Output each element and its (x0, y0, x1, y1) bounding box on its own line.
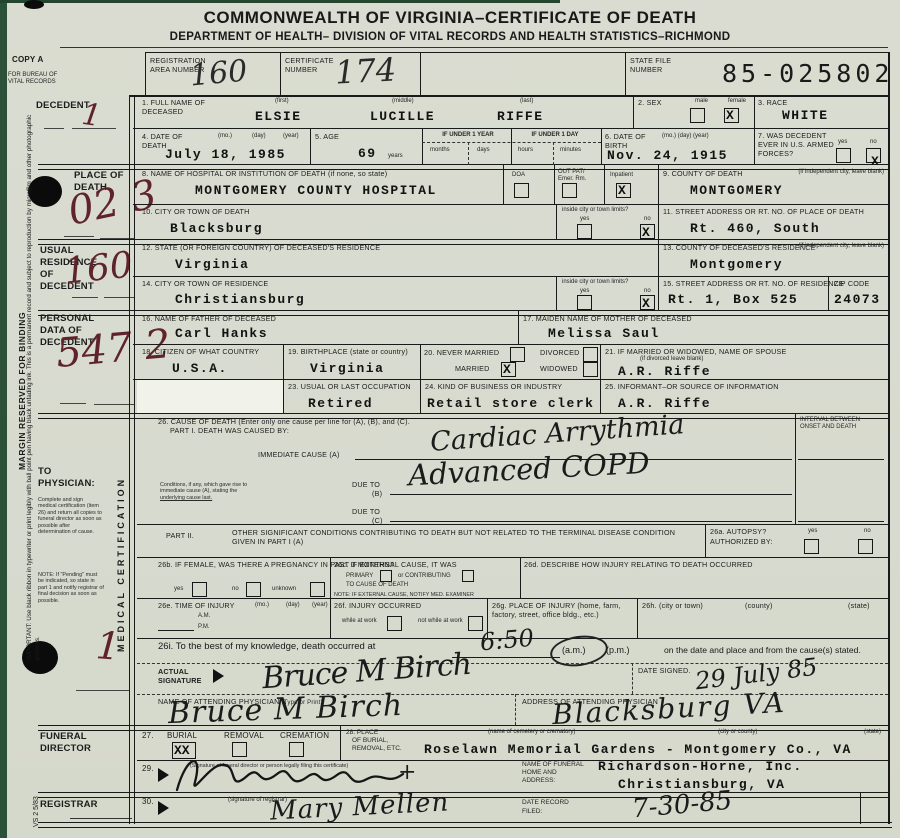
part2-text: OTHER SIGNIFICANT CONDITIONS CONTRIBUTIN… (232, 528, 697, 546)
immediate-cause-label: IMMEDIATE CAUSE (A) (258, 450, 340, 459)
field10-value: Blacksburg (170, 221, 263, 236)
grid-line (420, 52, 421, 95)
field26c-note: NOTE: IF EXTERNAL CAUSE, NOTIFY MED. EXA… (334, 592, 474, 598)
field14-label: 14. CITY OR TOWN OF RESIDENCE (142, 279, 268, 288)
field16-value: Carl Hanks (175, 326, 268, 341)
grid-line (133, 204, 888, 205)
field2-male-label: male (695, 98, 708, 105)
never-married-checkbox (510, 347, 525, 362)
physician-code: 1 (94, 623, 121, 669)
zip-label: ZIP CODE (834, 279, 869, 288)
field10-limits-label: inside city or town limits? (562, 207, 652, 214)
grid-line (283, 344, 284, 414)
pregnancy-unknown-label: unknown (272, 586, 296, 593)
part2-label: PART II. (166, 531, 194, 540)
at-work-label: while at work (342, 618, 384, 625)
pen-dash (44, 128, 64, 129)
pregnancy-no-checkbox (246, 582, 261, 597)
write-line (390, 521, 792, 522)
pen-dash (60, 403, 86, 404)
grid-line (600, 344, 601, 414)
funeral-home-label-3: ADDRESS: (522, 777, 555, 785)
pregnancy-no-label: no (232, 586, 239, 593)
section-to-physician: TO PHYSICIAN: (38, 466, 108, 490)
field26e-pm: P.M. (198, 624, 210, 631)
field4-hint-day: (day) (252, 133, 266, 140)
bureau-label: FOR BUREAU OF VITAL RECORDS (8, 72, 60, 86)
date-signed-label: DATE SIGNED. (638, 666, 691, 675)
under-1-year-months: months (430, 147, 450, 154)
grid-line (518, 310, 519, 344)
field26e-hint-mo: (mo.) (255, 602, 269, 609)
zip-value: 24073 (834, 292, 881, 307)
grid-line (637, 598, 638, 638)
field7-yes-label: yes (838, 139, 847, 146)
field12-value: Virginia (175, 257, 249, 272)
grid-line (556, 204, 557, 240)
field21-note: (if divorced leave blank) (640, 356, 703, 363)
grid-line (511, 128, 512, 165)
write-line (390, 494, 792, 495)
field5-value: 69 (358, 146, 377, 161)
burial-label: BURIAL (167, 731, 197, 741)
field1-hint-last: (last) (520, 98, 533, 105)
armed-forces-yes-checkbox (836, 148, 851, 163)
date-filed-label-1: DATE RECORD (522, 799, 569, 807)
primary-checkbox (380, 570, 392, 582)
outpatient-checkbox (562, 183, 577, 198)
grid-line (60, 47, 888, 48)
field1-first-value: ELSIE (255, 109, 302, 124)
field23-label: 23. USUAL OR LAST OCCUPATION (288, 382, 411, 391)
field10-yes-label: yes (580, 216, 589, 223)
field11-label: 11. STREET ADDRESS OR RT. NO. OF PLACE O… (663, 207, 864, 216)
grid-line (468, 142, 469, 165)
field5-unit: years (388, 153, 403, 160)
grid-line (137, 557, 888, 558)
field8-label: 8. NAME OF HOSPITAL OR INSTITUTION OF DE… (142, 169, 472, 178)
male-checkbox (690, 108, 705, 123)
whiteout-field-22 (137, 380, 283, 413)
due-to-c-label: DUE TO (352, 507, 380, 516)
grid-line (330, 557, 331, 638)
divorced-checkbox (583, 347, 598, 362)
field18-label: 18. CITIZEN OF WHAT COUNTRY (142, 347, 259, 356)
grid-line (422, 142, 601, 143)
grid-line (633, 95, 634, 128)
pen-dash (76, 690, 130, 691)
due-to-b-label: DUE TO (352, 480, 380, 489)
grid-line (503, 165, 504, 204)
field26e-am: A.M. (198, 613, 210, 620)
field10-no-label: no (644, 216, 651, 223)
pen-dash (64, 236, 94, 237)
field3-label: 3. RACE (758, 98, 787, 107)
autopsy-yes-label: yes (808, 528, 817, 535)
grid-line (137, 524, 888, 525)
grid-line (280, 52, 281, 95)
scan-edge-left (0, 0, 7, 838)
under-1-day-minutes: minutes (560, 147, 581, 154)
field2-label: 2. SEX (638, 98, 662, 107)
field11-value: Rt. 460, South (690, 221, 820, 236)
field30-num: 30. (142, 797, 154, 807)
write-line (798, 459, 884, 460)
field28-hint-state: (state) (864, 729, 881, 736)
field18-value: U.S.A. (172, 361, 228, 376)
due-to-c-letter: (C) (372, 516, 383, 525)
grid-line (129, 95, 888, 97)
field14-value: Christiansburg (175, 292, 305, 307)
arrow-icon (158, 801, 169, 815)
field4-hint-year: (year) (283, 133, 299, 140)
never-married-label: NEVER MARRIED (437, 348, 500, 357)
grid-line (625, 52, 626, 95)
field20-label: 20. (424, 348, 435, 357)
grid-line (554, 165, 555, 204)
residence-limits-no-mark: X (642, 297, 650, 310)
grid-line (515, 694, 516, 725)
pregnancy-yes-checkbox (192, 582, 207, 597)
grid-line (133, 276, 888, 277)
field13-note: (if independent city, leave blank) (770, 243, 884, 250)
pregnancy-unknown-checkbox (310, 582, 325, 597)
field1-middle-value: LUCILLE (370, 109, 435, 124)
page-title: COMMONWEALTH OF VIRGINIA–CERTIFICATE OF … (0, 8, 900, 28)
field1-hint-middle: (middle) (392, 98, 414, 105)
inpatient-mark: X (618, 184, 626, 197)
signature-plus-mark: + (398, 760, 416, 785)
field26a-label: 26a. AUTOPSY? (710, 527, 766, 536)
copy-label: COPY A (12, 55, 43, 65)
certificate-number-value: 174 (334, 50, 397, 91)
scan-edge-top (0, 0, 560, 3)
widowed-checkbox (583, 362, 598, 377)
at-work-checkbox (387, 616, 402, 631)
field25-value: A.R. Riffe (618, 396, 711, 411)
residence-limits-yes-checkbox (577, 295, 592, 310)
field17-value: Melissa Saul (548, 326, 660, 341)
field28-label-2: OF BURIAL, (352, 737, 388, 745)
field26i-post: on the date and place and from the cause… (664, 645, 888, 655)
grid-line (38, 725, 888, 731)
field4-value: July 18, 1985 (165, 147, 286, 162)
autopsy-yes-checkbox (804, 539, 819, 554)
field26h-label: 26h. (city or town) (642, 601, 703, 610)
state-file-label: STATE FILE NUMBER (630, 56, 680, 74)
field21-value: A.R. Riffe (618, 364, 711, 379)
field4-hint-mo: (mo.) (218, 133, 232, 140)
due-to-b-letter: (B) (372, 489, 382, 498)
write-line (798, 521, 884, 522)
grid-line (556, 276, 557, 310)
field14-limits-label: inside city or town limits? (562, 279, 652, 286)
field28-label-1: 28. PLACE (346, 729, 378, 737)
under-1-day-label: IF UNDER 1 DAY (514, 132, 596, 139)
field8-value: MONTGOMERY COUNTY HOSPITAL (195, 183, 437, 198)
grid-line (129, 95, 135, 824)
funeral-home-name: Richardson-Horne, Inc. (598, 759, 803, 774)
field7-no-label: no (870, 139, 877, 146)
field26a-auth-label: AUTHORIZED BY: (710, 537, 773, 546)
field15-label: 15. STREET ADDRESS OR RT. NO. OF RESIDEN… (663, 279, 844, 288)
field27-num: 27. (142, 731, 154, 741)
actual-signature-label-1: ACTUAL (158, 667, 189, 676)
field19-value: Virginia (310, 361, 384, 376)
pm-label: (p.m.) (606, 645, 630, 655)
field26h-county: (county) (745, 601, 773, 610)
removal-label: REMOVAL (224, 731, 264, 741)
field1-last-value: RIFFE (497, 109, 544, 124)
actual-signature-label-2: SIGNATURE (158, 676, 202, 685)
armed-forces-no-mark: X (871, 155, 879, 168)
grid-line (137, 598, 888, 599)
pen-dash (72, 128, 116, 129)
grid-line (888, 52, 890, 824)
married-mark: X (503, 363, 511, 376)
to-cause-label: TO CAUSE OF DEATH (346, 582, 408, 589)
pregnancy-yes-label: yes (174, 586, 183, 593)
field1-hint-first: (first) (275, 98, 289, 105)
death-limits-yes-checkbox (577, 224, 592, 239)
field15-value: Rt. 1, Box 525 (668, 292, 798, 307)
conditions-note: Conditions, if any, which gave rise to i… (160, 482, 247, 494)
section-funeral-director: FUNERAL DIRECTOR (40, 731, 100, 755)
female-checkbox-mark: X (726, 109, 734, 122)
under-1-year-days: days (477, 147, 490, 154)
field23-value: Retired (308, 396, 373, 411)
field29-num: 29. (142, 764, 154, 774)
grid-line (520, 557, 521, 598)
autopsy-no-checkbox (858, 539, 873, 554)
field24-label: 24. KIND OF BUSINESS OR INDUSTRY (425, 382, 562, 391)
residence-code: 160 (62, 245, 135, 293)
grid-line (422, 128, 423, 165)
state-file-value: 85-025802 (722, 59, 893, 88)
field25-label: 25. INFORMANT–OR SOURCE OF INFORMATION (605, 382, 779, 391)
field9-label: 9. COUNTY OF DEATH (663, 169, 743, 178)
married-label: MARRIED (455, 364, 490, 373)
grid-line (553, 142, 554, 165)
section-registrar: REGISTRAR (40, 799, 98, 811)
arrow-icon (213, 669, 224, 683)
divorced-label: DIVORCED (540, 348, 580, 357)
conditions-note-underlined: underlying cause last. (160, 495, 212, 501)
field26g-label: 26g. PLACE OF INJURY (home, farm, factor… (492, 601, 627, 619)
grid-line (632, 663, 633, 694)
grid-line (310, 128, 311, 165)
field26f-label: 26f. INJURY OCCURRED (334, 601, 421, 610)
grid-line (420, 344, 421, 414)
grid-line (754, 95, 755, 165)
field26h-state: (state) (848, 601, 870, 610)
field2-female-label: female (728, 98, 746, 105)
funeral-home-label-1: NAME OF FUNERAL (522, 761, 584, 769)
registration-area-value: 160 (189, 54, 249, 94)
grid-line (860, 792, 861, 824)
field26e-label: 26e. TIME OF INJURY (158, 601, 235, 610)
widowed-label: WIDOWED (540, 364, 578, 373)
grid-line (601, 128, 602, 165)
outpatient-label: OUT PAT/ Emer. Rm. (558, 169, 598, 183)
field26d-label: 26d. DESCRIBE HOW INJURY RELATING TO DEA… (524, 560, 874, 569)
funeral-home-label-2: HOME AND (522, 769, 557, 777)
field24-value: Retail store clerk (427, 396, 594, 411)
physician-note-1: Complete and sign medical certification … (38, 497, 102, 536)
field5-label: 5. AGE (315, 132, 339, 141)
pen-dash (94, 404, 134, 405)
field16-label: 16. NAME OF FATHER OF DECEASED (142, 314, 276, 323)
field26e-hint-year: (year) (312, 602, 328, 609)
not-at-work-label: not while at work (418, 618, 466, 625)
field28-value: Roselawn Memorial Gardens - Montgomery C… (424, 742, 852, 757)
field6-hint: (mo.) (day) (year) (662, 133, 709, 140)
grid-line (38, 822, 892, 828)
grid-line (145, 52, 888, 53)
grid-line (133, 344, 888, 345)
page-subtitle: DEPARTMENT OF HEALTH– DIVISION OF VITAL … (0, 31, 900, 43)
field19-label: 19. BIRTHPLACE (state or country) (288, 347, 408, 356)
field26-part1: PART I. DEATH WAS CAUSED BY: (170, 426, 289, 435)
field1-label: 1. FULL NAME OF DECEASED (142, 98, 222, 116)
field9-note: (if independent city, leave blank) (770, 169, 884, 176)
grid-line (658, 165, 659, 311)
under-1-year-label: IF UNDER 1 YEAR (428, 132, 508, 139)
physician-note-2: NOTE: If "Pending" must be indicated, so… (38, 572, 104, 604)
field13-value: Montgomery (690, 257, 783, 272)
field28-hint-city: (city or county) (718, 729, 757, 736)
field10-label: 10. CITY OR TOWN OF DEATH (142, 207, 250, 216)
field9-value: MONTGOMERY (690, 183, 783, 198)
date-filed-label-2: FILED: (522, 808, 542, 816)
contributing-label: or CONTRIBUTING (398, 573, 451, 580)
grid-line (604, 165, 605, 204)
field3-value: WHITE (782, 108, 829, 123)
field7-label: 7. WAS DECEDENT EVER IN U.S. ARMED FORCE… (758, 131, 834, 158)
field26e-hint-day: (day) (286, 602, 300, 609)
inpatient-label: Inpatient (610, 172, 633, 179)
field17-label: 17. MAIDEN NAME OF MOTHER OF DECEASED (523, 314, 692, 323)
autopsy-no-label: no (864, 528, 871, 535)
field21-label: 21. IF MARRIED OR WIDOWED, NAME OF SPOUS… (605, 347, 845, 356)
death-certificate-scan: COMMONWEALTH OF VIRGINIA–CERTIFICATE OF … (0, 0, 900, 838)
field6-value: Nov. 24, 1915 (607, 148, 728, 163)
grid-line (145, 52, 146, 95)
write-line (158, 630, 194, 631)
doa-label: DOA (512, 172, 525, 179)
pen-dash (70, 818, 132, 819)
field28-hint-cemetery: (name of cemetery or crematory) (488, 729, 575, 736)
under-1-day-hours: hours (518, 147, 533, 154)
primary-label: PRIMARY (346, 573, 373, 580)
field26c-label: 26c. IF EXTERNAL CAUSE, IT WAS (334, 560, 457, 569)
field12-label: 12. STATE (OR FOREIGN COUNTRY) OF DECEAS… (142, 243, 380, 252)
doa-checkbox (514, 183, 529, 198)
pen-dash (72, 297, 98, 298)
contributing-checkbox (462, 570, 474, 582)
interval-label: INTERVAL BETWEEN ONSET AND DEATH (800, 417, 882, 431)
cremation-label: CREMATION (280, 731, 329, 741)
death-limits-no-mark: X (642, 226, 650, 239)
grid-line (795, 413, 796, 524)
death-time-value: 6:50 (479, 624, 535, 657)
field26i-pre: 26i. To the best of my knowledge, death … (158, 641, 375, 652)
grid-line (705, 524, 706, 557)
